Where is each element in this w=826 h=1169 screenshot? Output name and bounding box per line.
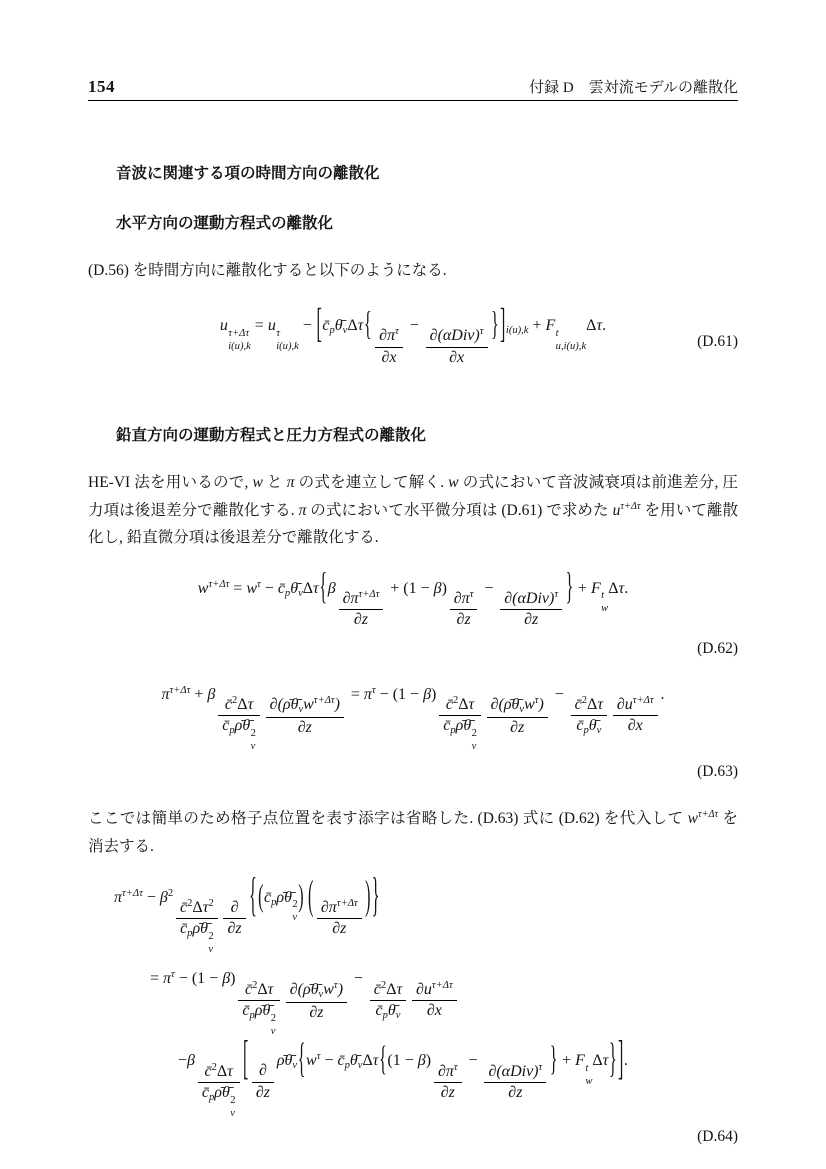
- equation-d63: πτ+Δτ + βc̄2Δτc̄pρ̄θ̄2v∂(ρ̄θ̄vwτ+Δτ)∂z =…: [88, 678, 738, 782]
- heading-sound-wave-terms: 音波に関連する項の時間方向の離散化: [116, 161, 738, 183]
- equation-d64-line1: πτ+Δτ − β2c̄2Δτ2c̄pρ̄θ̄2v∂∂z{(c̄pρ̄θ̄2v)…: [88, 881, 738, 963]
- header-rule: [88, 100, 738, 101]
- heading-vertical-momentum-pressure: 鉛直方向の運動方程式と圧力方程式の離散化: [116, 423, 738, 445]
- equation-tag-d63: (D.63): [88, 763, 738, 781]
- running-header: 付録 D 雲対流モデルの離散化: [529, 76, 738, 97]
- text-block: 154 付録 D 雲対流モデルの離散化 音波に関連する項の時間方向の離散化 水平…: [88, 0, 738, 1146]
- equation-d61: uτ+Δτi(u),k = uτi(u),k − [c̄pθ̄vΔτ{∂πτ∂x…: [88, 307, 738, 377]
- equation-d64: πτ+Δτ − β2c̄2Δτ2c̄pρ̄θ̄2v∂∂z{(c̄pρ̄θ̄2v)…: [88, 881, 738, 1146]
- equation-d63-math: πτ+Δτ + βc̄2Δτc̄pρ̄θ̄2v∂(ρ̄θ̄vwτ+Δτ)∂z =…: [88, 678, 738, 762]
- equation-tag-d61: (D.61): [697, 333, 738, 351]
- equation-tag-d62-label: (D.62): [697, 640, 738, 657]
- equation-d62-math: wτ+Δτ = wτ − c̄pθ̄vΔτ{β∂πτ+Δτ∂z + (1 − β…: [88, 572, 738, 638]
- paragraph-hevi-method: HE-VI 法を用いるので, w と π の式を連立して解く. w の式において…: [88, 469, 738, 552]
- page-header: 154 付録 D 雲対流モデルの離散化: [88, 76, 738, 97]
- document-page: 154 付録 D 雲対流モデルの離散化 音波に関連する項の時間方向の離散化 水平…: [0, 0, 826, 1169]
- equation-tag-d62: (D.62): [88, 640, 738, 658]
- equation-tag-d63-label: (D.63): [697, 763, 738, 780]
- equation-d62: wτ+Δτ = wτ − c̄pθ̄vΔτ{β∂πτ+Δτ∂z + (1 − β…: [88, 572, 738, 658]
- paragraph-substitute-d62: ここでは簡単のため格子点位置を表す添字は省略した. (D.63) 式に (D.6…: [88, 805, 738, 860]
- equation-d64-line3: −βc̄2Δτc̄pρ̄θ̄2v[∂∂zρ̄θ̄v{wτ − c̄pθ̄vΔτ{…: [88, 1044, 738, 1126]
- equation-tag-d64: (D.64): [88, 1128, 738, 1146]
- heading-horizontal-momentum: 水平方向の運動方程式の離散化: [116, 211, 738, 233]
- equation-d61-math: uτ+Δτi(u),k = uτi(u),k − [c̄pθ̄vΔτ{∂πτ∂x…: [220, 317, 606, 334]
- page-number: 154: [88, 77, 115, 97]
- paragraph-intro-d61: (D.56) を時間方向に離散化すると以下のようになる.: [88, 257, 738, 285]
- equation-d64-line2: = πτ − (1 − β)c̄2Δτc̄pρ̄θ̄2v∂(ρ̄θ̄vwτ)∂z…: [88, 962, 738, 1044]
- equation-tag-d64-label: (D.64): [697, 1128, 738, 1145]
